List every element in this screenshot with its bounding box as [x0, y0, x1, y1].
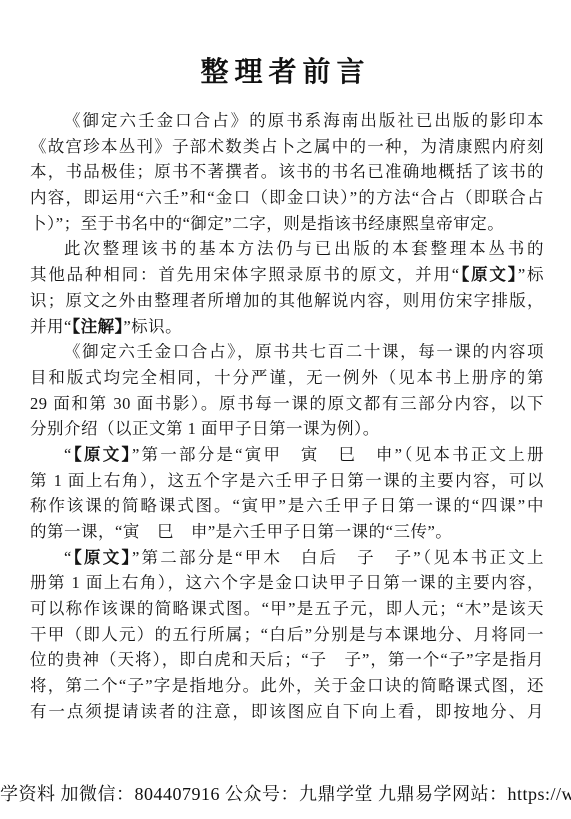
text-line: 其他品种相同：首先用宋体字照录原书的原文，并用“【原文】”标 — [30, 262, 544, 288]
text-line: 《御定六壬金口合占》，原书共七百二十课，每一课的内容项 — [30, 339, 544, 365]
text-line: 位的贵神（天将），即白虎和天后；“子 子”，第一个“子”字是指月 — [30, 647, 544, 673]
text-line: 29 面和第 30 面书影）。原书每一课的原文都有三部分内容，以下 — [30, 391, 544, 417]
page-title: 整理者前言 — [0, 50, 571, 90]
text-line: 干甲（即人元）的五行所属；“白后”分别是与本课地分、月将同一 — [30, 622, 544, 648]
body-text: 《御定六壬金口合占》的原书系海南出版社已出版的影印本《故宫珍本丛刊》子部术数类占… — [30, 108, 544, 725]
text-line: 分别介绍（以正文第 1 面甲子日第一课为例）。 — [30, 416, 544, 442]
footer-watermark: 学资料 加微信：804407916 公众号：九鼎学堂 九鼎易学网站：https:… — [0, 780, 571, 806]
scanned-book-page: 整理者前言 《御定六壬金口合占》的原书系海南出版社已出版的影印本《故宫珍本丛刊》… — [0, 0, 571, 819]
text-line: 的第一课，“寅 巳 申”是六壬甲子日第一课的“三传”。 — [30, 519, 544, 545]
text-line: 《故宫珍本丛刊》子部术数类占卜之属中的一种，为清康熙内府刻 — [30, 134, 544, 160]
text-line: 卜）”；至于书名中的“御定”二字，则是指该书经康熙皇帝审定。 — [30, 211, 544, 237]
text-line: 称作该课的简略课式图。“寅甲”是六壬甲子日第一课的“四课”中 — [30, 493, 544, 519]
text-line: 识；原文之外由整理者所增加的其他解说内容，则用仿宋字排版， — [30, 288, 544, 314]
text-line: 将，第二个“子”字是指地分。此外，关于金口诀的简略课式图，还 — [30, 673, 544, 699]
text-line: 可以称作该课的简略课式图。“甲”是五子元，即人元；“木”是该天 — [30, 596, 544, 622]
text-line: 内容，即运用“六壬”和“金口（即金口诀）”的方法“合占（即联合占 — [30, 185, 544, 211]
text-line: 本，书品极佳；原书不著撰者。该书的书名已准确地概括了该书的 — [30, 159, 544, 185]
text-line: 有一点须提请读者的注意，即该图应自下向上看，即按地分、月 — [30, 699, 544, 725]
text-line: “【原文】”第二部分是“甲木 白后 子 子”（见本书正文上 — [30, 545, 544, 571]
text-line: 《御定六壬金口合占》的原书系海南出版社已出版的影印本 — [30, 108, 544, 134]
text-line: 册第 1 面上右角），这六个字是金口诀甲子日第一课的主要内容， — [30, 570, 544, 596]
text-line: 目和版式均完全相同，十分严谨，无一例外（见本书上册序的第 — [30, 365, 544, 391]
text-line: 并用“【注解】”标识。 — [30, 314, 544, 340]
text-line: 第 1 面上右角），这五个字是六壬甲子日第一课的主要内容，可以 — [30, 468, 544, 494]
text-line: “【原文】”第一部分是“寅甲 寅 巳 申”（见本书正文上册 — [30, 442, 544, 468]
text-line: 此次整理该书的基本方法仍与已出版的本套整理本丛书的 — [30, 236, 544, 262]
